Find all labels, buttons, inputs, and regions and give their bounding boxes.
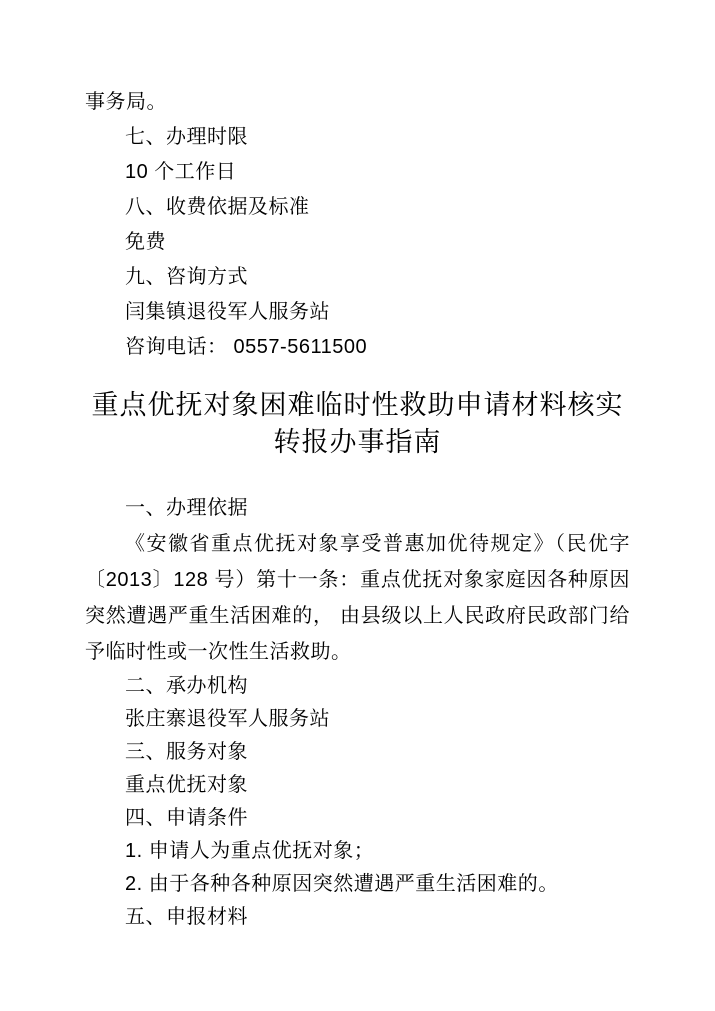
paragraph-legal-basis: 《安徽省重点优抚对象享受普惠加优待规定》（民优字〔2013〕128 号）第十一条…	[85, 526, 630, 670]
heading-undertaking-agency: 二、承办机构	[85, 670, 630, 703]
document-title-line1: 重点优抚对象困难临时性救助申请材料核实	[85, 387, 630, 424]
value-processing-time: 10 个工作日	[85, 155, 630, 190]
document-title: 重点优抚对象困难临时性救助申请材料核实 转报办事指南	[85, 387, 630, 461]
heading-processing-time-limit: 七、办理时限	[85, 120, 630, 155]
heading-consultation-method: 九、咨询方式	[85, 260, 630, 295]
value-agency-zhangzhuangzhai: 张庄寨退役军人服务站	[85, 703, 630, 736]
value-fee-free: 免费	[85, 225, 630, 260]
document-page: 事务局。 七、办理时限 10 个工作日 八、收费依据及标准 免费 九、咨询方式 …	[0, 0, 715, 1011]
heading-fee-basis-standard: 八、收费依据及标准	[85, 190, 630, 225]
condition-item-1: 1. 申请人为重点优抚对象；	[85, 835, 630, 868]
condition-item-2: 2. 由于各种各种原因突然遭遇严重生活困难的。	[85, 868, 630, 901]
value-service-station-yanji: 闫集镇退役军人服务站	[85, 295, 630, 330]
value-consultation-phone: 咨询电话： 0557-5611500	[85, 330, 630, 365]
document-title-line2: 转报办事指南	[85, 424, 630, 461]
heading-application-materials: 五、申报材料	[85, 901, 630, 934]
heading-handling-basis: 一、办理依据	[85, 491, 630, 526]
value-service-target: 重点优抚对象	[85, 769, 630, 802]
heading-service-target: 三、服务对象	[85, 736, 630, 769]
carryover-paragraph-end: 事务局。	[85, 85, 630, 120]
heading-application-conditions: 四、申请条件	[85, 802, 630, 835]
